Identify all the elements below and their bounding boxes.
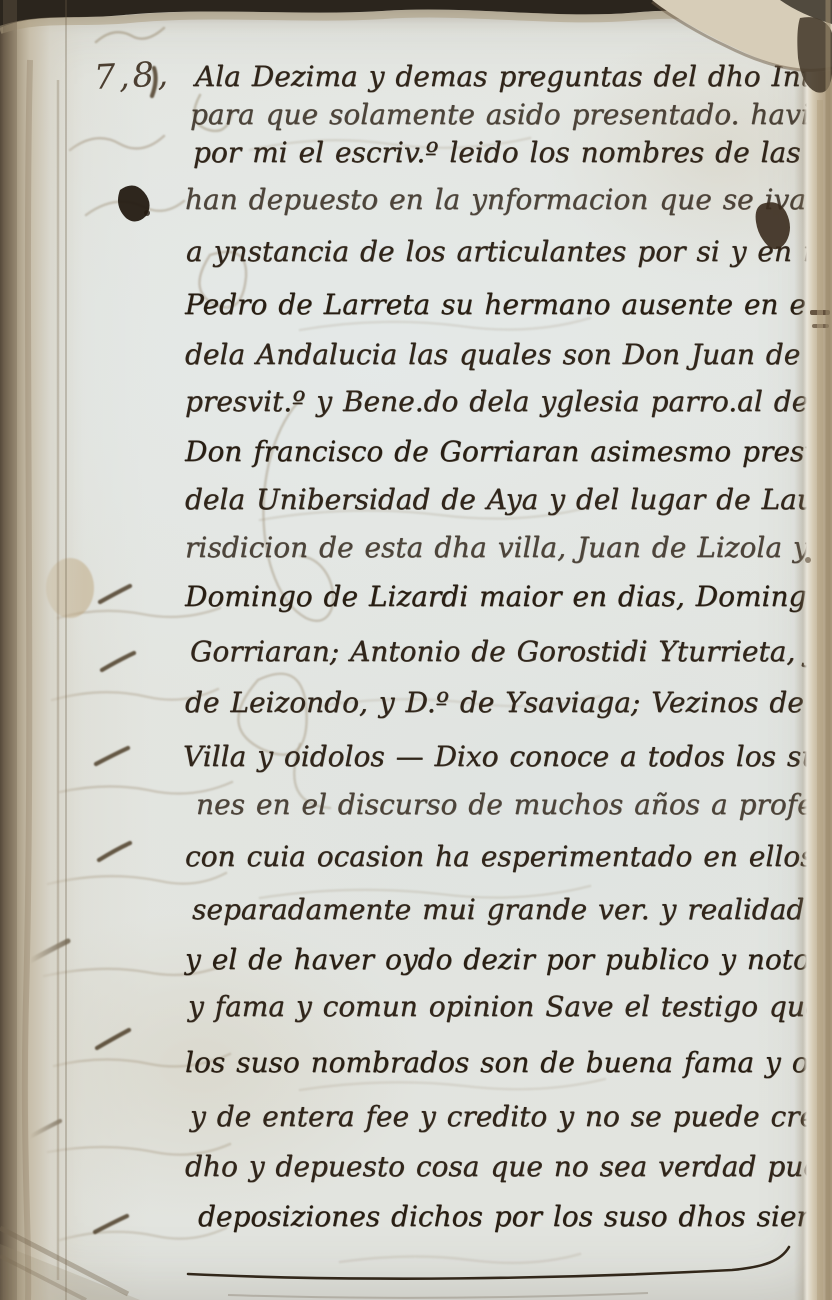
manuscript-line: de Leizondo, y D.º de Ysaviaga; Vezinos … (185, 689, 832, 717)
manuscript-line: risdicion de esta dha villa, Juan de Liz… (185, 534, 832, 562)
page-edge-top (0, 0, 832, 34)
manuscript-line: dho y depuesto cosa que no sea verdad pu… (185, 1153, 832, 1181)
manuscript-line: a ynstancia de los articulantes por si y… (186, 238, 832, 266)
manuscript-line: para que solamente asido presentado. hav… (190, 101, 832, 129)
manuscript-line: Gorriaran; Antonio de Gorostidi Yturriet… (190, 638, 832, 666)
manuscript-line: Domingo de Lizardi maior en dias, Doming… (185, 583, 832, 611)
manuscript-line: Don francisco de Gorriaran asimesmo pres… (185, 438, 832, 466)
manuscript-line: y de entera fee y credito y no se puede … (190, 1103, 832, 1131)
manuscript-line: Villa y oidolos — Dixo conoce a todos lo… (183, 743, 832, 771)
manuscript-scan: 7,8, Ala Dezima y demas preguntas del dh… (0, 0, 832, 1300)
manuscript-line: los suso nombrados son de buena fama y o… (185, 1049, 832, 1077)
manuscript-line: han depuesto en la ynformacion que se iv… (185, 186, 832, 214)
manuscript-line: por mi el escriv.º leido los nombres de … (193, 139, 832, 167)
manuscript-line: dela Andalucia las quales son Don Juan d… (185, 341, 832, 369)
manuscript-line: Pedro de Larreta su hermano ausente en e… (185, 291, 832, 319)
manuscript-line: deposiziones dichos por los suso dhos si… (198, 1203, 832, 1231)
manuscript-line: presvit.º y Bene.do dela yglesia parro.a… (185, 388, 832, 416)
manuscript-line: y fama y comun opinion Save el testigo q… (188, 993, 832, 1021)
manuscript-line: nes en el discurso de muchos años a prof… (196, 791, 832, 819)
manuscript-line: dela Unibersidad de Aya y del lugar de L… (185, 486, 832, 514)
manuscript-line: y el de haver oydo dezir por publico y n… (185, 946, 832, 974)
manuscript-line: con cuia ocasion ha esperimentado en ell… (185, 843, 832, 871)
manuscript-text-block: Ala Dezima y demas preguntas del dho Int… (0, 0, 832, 1300)
manuscript-line: Ala Dezima y demas preguntas del dho Int… (195, 63, 832, 91)
page-edge-left (0, 0, 84, 1300)
manuscript-line: separadamente mui grande ver. y realidad… (192, 896, 832, 924)
page-edge-right (794, 0, 832, 1300)
